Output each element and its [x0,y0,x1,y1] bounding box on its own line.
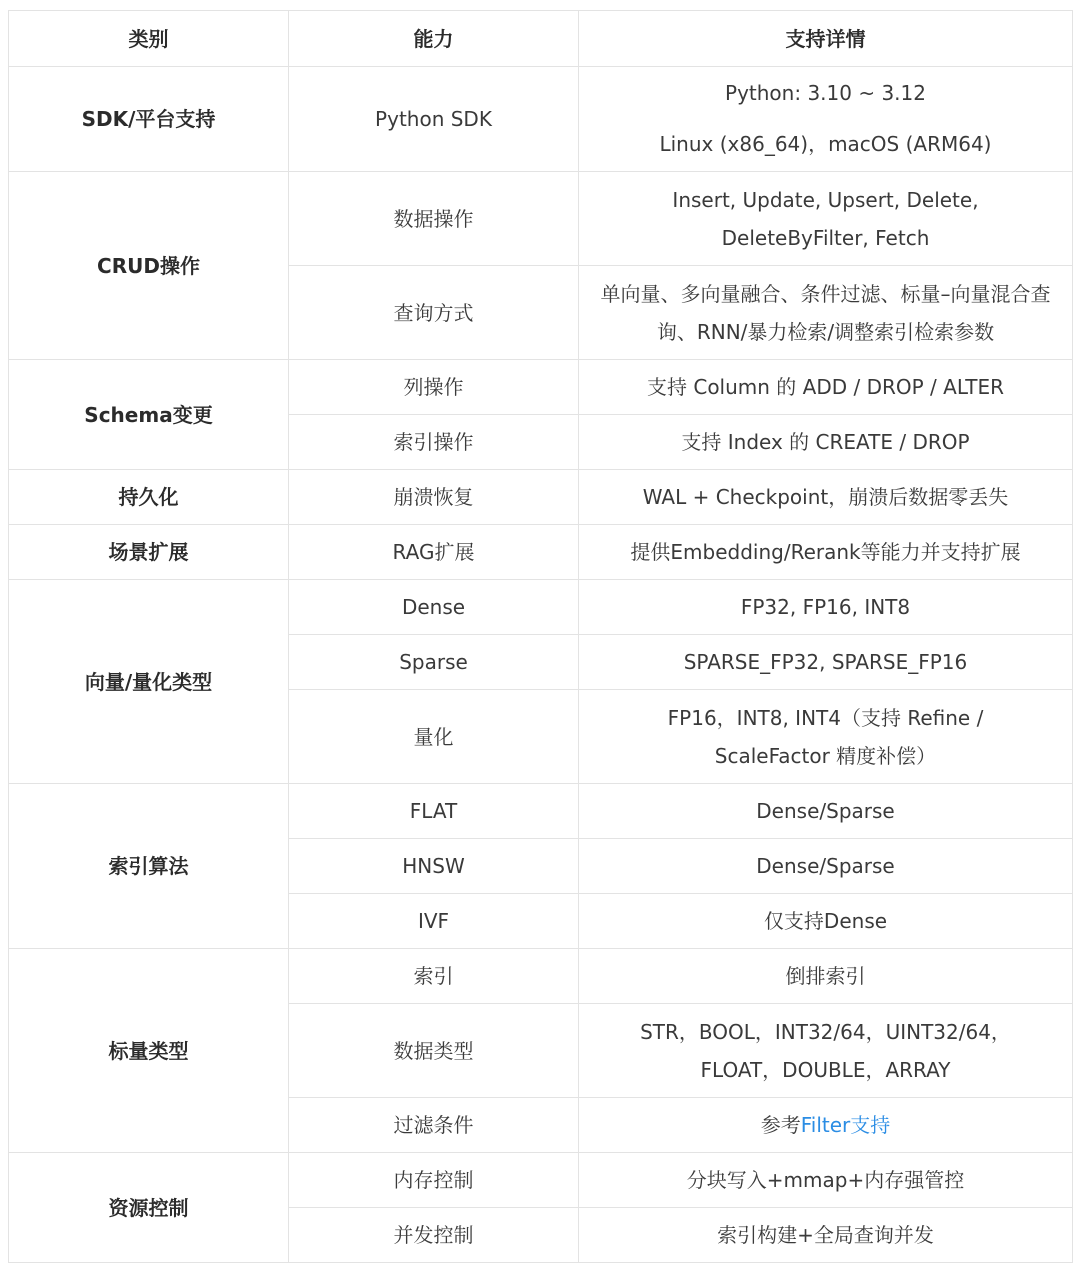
capability-cell: 索引 [289,949,579,1004]
detail-cell: 倒排索引 [579,949,1073,1004]
capability-cell: 列操作 [289,360,579,415]
category-cell: 标量类型 [9,949,289,1153]
header-row: 类别 能力 支持详情 [9,11,1073,67]
detail-cell: SPARSE_FP32, SPARSE_FP16 [579,635,1073,690]
detail-cell: 单向量、多向量融合、条件过滤、标量–向量混合查询、RNN/暴力检索/调整索引检索… [579,266,1073,360]
detail-cell: WAL + Checkpoint，崩溃后数据零丢失 [579,470,1073,525]
detail-cell: 仅支持Dense [579,894,1073,949]
capability-cell: Python SDK [289,67,579,172]
capability-cell: HNSW [289,839,579,894]
filter-support-link[interactable]: Filter支持 [801,1113,891,1137]
detail-line: Python: 3.10 ~ 3.12 [591,68,1060,119]
table-row: SDK/平台支持 Python SDK Python: 3.10 ~ 3.12 … [9,67,1073,172]
capability-table: 类别 能力 支持详情 SDK/平台支持 Python SDK Python: 3… [8,10,1073,1263]
capability-cell: RAG扩展 [289,525,579,580]
table-row: Schema变更 列操作 支持 Column 的 ADD / DROP / AL… [9,360,1073,415]
category-cell: CRUD操作 [9,172,289,360]
capability-cell: IVF [289,894,579,949]
table-row: 向量/量化类型 Dense FP32, FP16, INT8 [9,580,1073,635]
capability-cell: 数据类型 [289,1004,579,1098]
header-category: 类别 [9,11,289,67]
table-row: 标量类型 索引 倒排索引 [9,949,1073,1004]
capability-cell: 索引操作 [289,415,579,470]
capability-cell: 内存控制 [289,1153,579,1208]
header-detail: 支持详情 [579,11,1073,67]
capability-cell: FLAT [289,784,579,839]
table-row: CRUD操作 数据操作 Insert, Update, Upsert, Dele… [9,172,1073,266]
table-row: 资源控制 内存控制 分块写入+mmap+内存强管控 [9,1153,1073,1208]
category-cell: Schema变更 [9,360,289,470]
detail-cell: STR，BOOL，INT32/64，UINT32/64，FLOAT，DOUBLE… [579,1004,1073,1098]
capability-cell: 并发控制 [289,1208,579,1263]
detail-prefix: 参考 [761,1113,801,1137]
capability-cell: 崩溃恢复 [289,470,579,525]
capability-cell: Sparse [289,635,579,690]
category-cell: 索引算法 [9,784,289,949]
detail-cell: 提供Embedding/Rerank等能力并支持扩展 [579,525,1073,580]
category-cell: 向量/量化类型 [9,580,289,784]
detail-cell: 分块写入+mmap+内存强管控 [579,1153,1073,1208]
detail-cell: Dense/Sparse [579,839,1073,894]
detail-cell: 支持 Column 的 ADD / DROP / ALTER [579,360,1073,415]
capability-cell: 量化 [289,690,579,784]
detail-cell: 支持 Index 的 CREATE / DROP [579,415,1073,470]
detail-cell: FP32, FP16, INT8 [579,580,1073,635]
capability-cell: 查询方式 [289,266,579,360]
detail-line: Linux (x86_64)，macOS (ARM64) [591,119,1060,170]
table-row: 场景扩展 RAG扩展 提供Embedding/Rerank等能力并支持扩展 [9,525,1073,580]
detail-cell: FP16，INT8, INT4（支持 Refine / ScaleFactor … [579,690,1073,784]
category-cell: 场景扩展 [9,525,289,580]
detail-cell: Python: 3.10 ~ 3.12 Linux (x86_64)，macOS… [579,67,1073,172]
category-cell: SDK/平台支持 [9,67,289,172]
capability-cell: 数据操作 [289,172,579,266]
category-cell: 持久化 [9,470,289,525]
detail-cell: Dense/Sparse [579,784,1073,839]
header-capability: 能力 [289,11,579,67]
detail-cell: 参考Filter支持 [579,1098,1073,1153]
table-row: 持久化 崩溃恢复 WAL + Checkpoint，崩溃后数据零丢失 [9,470,1073,525]
capability-cell: 过滤条件 [289,1098,579,1153]
detail-cell: Insert, Update, Upsert, Delete, DeleteBy… [579,172,1073,266]
detail-cell: 索引构建+全局查询并发 [579,1208,1073,1263]
table-row: 索引算法 FLAT Dense/Sparse [9,784,1073,839]
category-cell: 资源控制 [9,1153,289,1263]
capability-cell: Dense [289,580,579,635]
